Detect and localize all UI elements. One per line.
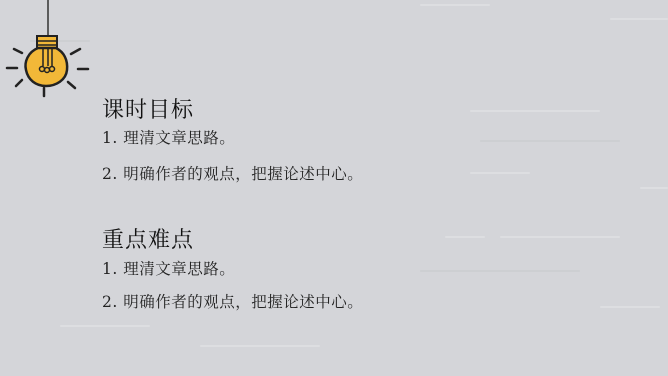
list-item: 2. 明确作者的观点，把握论述中心。 [102,162,363,184]
section-title: 课时目标 [102,93,194,124]
light-bulb-icon [0,0,100,100]
section-title: 重点难点 [102,223,194,254]
list-item: 1. 理清文章思路。 [102,126,235,148]
list-item: 1. 理清文章思路。 [102,257,235,279]
background-texture [0,0,668,376]
list-item: 2. 明确作者的观点，把握论述中心。 [102,290,363,312]
